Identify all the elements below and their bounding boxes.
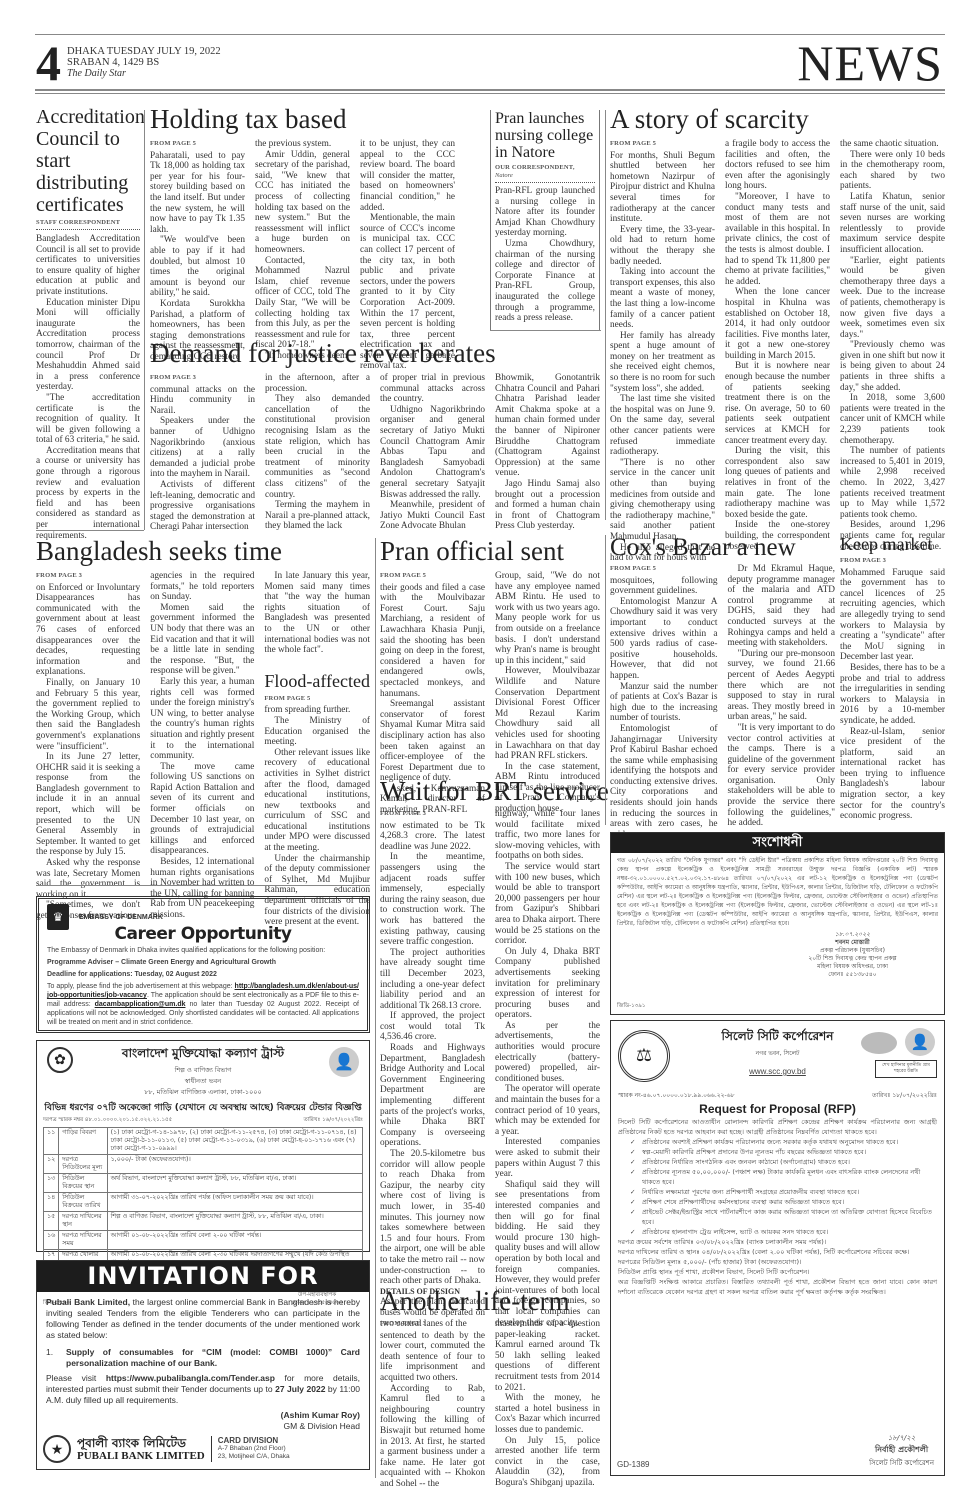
paragraph: With the money, he started a hotel busin… (495, 1393, 600, 1435)
paragraph: Mohammed Faruque said the government has… (840, 568, 945, 663)
phone: ফোনঃ ৫৫১৩৮৫৪০ (761, 971, 944, 979)
paragraph: the previous system. (255, 139, 350, 150)
ad-code: GD-1389 (617, 1460, 649, 1469)
paragraph: communal attacks on the Hindu community … (150, 385, 255, 417)
cell: দরপত্র দাখিলের সময় (59, 1231, 107, 1250)
from-page: FROM PAGE 5 (150, 139, 245, 150)
headline: Bangladesh seeks time (36, 538, 370, 565)
paragraph: In 2018, some 3,600 patients were treate… (840, 393, 945, 446)
headline: A story of scarcity (610, 106, 945, 133)
paragraph: But it is nowhere near enough because th… (725, 361, 830, 446)
paragraph: in the afternoon, after a procession. (265, 373, 370, 394)
column-rule (605, 535, 606, 825)
article-accreditation: Accreditation Council to start distribut… (36, 106, 140, 541)
paragraph: Momen said the government informed the U… (150, 603, 254, 677)
ad-embassy-denmark: ♛ EMBASSY OF DENMARK Career Opportunity … (36, 896, 370, 1033)
paragraph: sentenced to death by the lower court, c… (380, 1331, 485, 1384)
paragraph: masterminds of a question paper-leaking … (495, 1319, 600, 1393)
mujib-100-logo-icon (861, 1032, 897, 1054)
article-brt: Wait for BRT service FROM PAGE 3 now est… (380, 778, 600, 1329)
criteria-item: প্রতিষ্ঠানের ন্যূনতম ৫০,০০,০০০/- (পঞ্চাশ… (618, 1167, 937, 1187)
paragraph: Jago Hindu Samaj also brought out a proc… (495, 479, 600, 532)
tender-link[interactable]: https://www.pubalibangla.com/Tender.asp (106, 1373, 275, 1383)
paragraph: mosquitoes, following government guideli… (610, 576, 718, 597)
item-text: Supply of consumables for “CIM (model: C… (66, 1347, 360, 1369)
paragraph: If approved, the project cost would tota… (380, 1011, 485, 1043)
column: FROM PAGE 3 communal attacks on the Hind… (150, 373, 255, 533)
ad-sub2: স্বাধীনতা ভবন (43, 1076, 363, 1087)
cell: অর্থ বিভাগ, বাংলাদেশ মুক্তিযোদ্ধা কল্যাণ… (107, 1174, 362, 1193)
article-pran-nursing: Pran launches nursing college in Natore … (490, 110, 600, 330)
section-title: NEWS (797, 40, 943, 86)
from-page: FROM PAGE 3 (840, 556, 945, 567)
cell: আগামী ৩১-০৭-২০২২খ্রিঃ তারিখ পর্যন্ত (অফি… (107, 1193, 362, 1212)
memo-date: তারিখঃ ১৬/০৭/২০২২খ্রিঃ (303, 1117, 363, 1125)
cell: ১৪ (44, 1193, 59, 1212)
column-rule (605, 110, 606, 520)
logo-english: PUBALI BANK LIMITED (77, 1450, 205, 1462)
ad-apply-text: To apply, please find the job advertisem… (47, 982, 359, 1027)
detail-line: দরপত্র ক্রয়ের সর্বশেষ তারিখঃ ০৩/০৮/২০২২… (618, 1237, 937, 1247)
paragraph: According to Rab, Kamrul fled to a neigh… (380, 1384, 485, 1490)
article-body: Bangladesh Accreditation Council is all … (36, 234, 140, 541)
paragraph: Besides, there has to be a probe and tri… (840, 663, 945, 727)
website-link[interactable]: www.scc.gov.bd (749, 1067, 806, 1076)
column: FROM PAGE 3 on Enforced or Involuntary D… (36, 571, 140, 928)
ad-pubali-tender: INVITATION FOR TENDER Pubali Bank Limite… (36, 1260, 370, 1470)
headline: Cox's Bazar a new (610, 535, 835, 560)
criteria-list: প্রতিষ্ঠানের অবশ্যই প্রশিক্ষণ কার্যক্রম … (618, 1137, 937, 1237)
paragraph: "During our pre-monsoon survey, we found… (728, 649, 836, 723)
paragraph: For months, Shuli Begum shuttled between… (610, 151, 715, 225)
paragraph: The 20.5-kilometre bus corridor will all… (380, 1149, 485, 1287)
paragraph: Entomologist of Jahangirnagar University… (610, 724, 718, 841)
paragraph: Early this year, a human rights cell was… (150, 677, 254, 762)
criteria-item: প্রতিষ্ঠানের নির্ধারিত সাংগঠনিক এবং জনবল… (618, 1157, 937, 1167)
from-page: FROM PAGE 3 (36, 571, 140, 582)
paragraph: Bangladesh Accreditation Council is all … (36, 234, 140, 298)
paper-name: The Daily Star (67, 68, 221, 79)
cell: ১২ (44, 1155, 59, 1174)
paragraph: "There is no other service in the cancer… (610, 458, 715, 543)
paragraph: Udhigno Nagorikbrindo organiser and gene… (380, 405, 485, 500)
memo-number: দরপত্র স্মারক নম্বর ৪৮.০১.০০০০.২০১.১৫.০২… (43, 1117, 172, 1125)
signatory-title-2: ২০টি শিশু দিবাযত্ন কেন্দ্র স্থাপন প্রকল্… (761, 955, 944, 963)
paragraph: Pran-RFL group launched a nursing colleg… (495, 186, 595, 239)
cell: সিডিউল বিক্রয়ের তারিখ (59, 1193, 107, 1212)
paragraph: There were only 10 beds in the chemother… (840, 150, 945, 192)
portrait-icon: 👤 (329, 1047, 359, 1077)
from-page: FROM PAGE 5 (610, 564, 718, 575)
paragraph: In the meantime, passengers using the ad… (380, 852, 485, 947)
paragraph: Paharatali, used to pay Tk 18,000 as hol… (150, 151, 245, 236)
headline: Keep market (840, 535, 945, 553)
paragraph: The Ministry of Education organised the … (264, 716, 370, 748)
criteria-item: প্রতিষ্ঠানের অবশ্যই প্রশিক্ষণ কার্যক্রম … (618, 1137, 937, 1147)
column: agencies in the required formats," he to… (150, 571, 254, 928)
table-row: ১৪সিডিউল বিক্রয়ের তারিখআগামী ৩১-০৭-২০২২… (44, 1193, 363, 1212)
column: In late January this year, Momen said ma… (264, 571, 370, 928)
table-row: ১৫দরপত্র দাখিলের স্থানশিল্প ও বাণিজ্য বি… (44, 1212, 363, 1231)
article-keep-market: Keep market FROM PAGE 3 Mohammed Faruque… (840, 535, 945, 822)
ad-banner: INVITATION FOR TENDER (37, 1261, 369, 1292)
dateline: Natore (495, 172, 595, 179)
memo-date: তারিখঃ ১৮/০৭/২০২২খ্রিঃ (872, 1090, 937, 1101)
cell: দরপত্র দাখিলের স্থান (59, 1212, 107, 1231)
dotted-divider (36, 229, 140, 230)
cell: দরপত্র সিডিউলের মূল্য (59, 1155, 107, 1174)
paragraph: In its June 27 letter, OHCHR said it is … (36, 752, 140, 858)
signer: (Ashim Kumar Roy) (46, 1410, 360, 1421)
criteria-item: প্রতিষ্ঠানের হালনাগাদ ট্রেড লাইসেন্স, ভ্… (618, 1227, 937, 1237)
paragraph: Bhowmik, Gonotantrik Chhatra Council and… (495, 373, 600, 479)
paragraph: of proper trial in previous communal att… (380, 373, 485, 405)
paragraph: from spreading further. (264, 705, 370, 716)
signatory: নির্বাহী প্রকৌশলী (869, 1444, 934, 1457)
paragraph: now estimated to be Tk 4,268.3 crore. Th… (380, 821, 485, 853)
paragraph: During the visit, this correspondent als… (725, 446, 830, 520)
cell: ১১ (44, 1128, 59, 1155)
rfp-intro: সিলেট সিটি কর্পোরেশনের আওতাধীন রোলানন্দ … (618, 1117, 937, 1137)
detail-line: সিডিউল প্রাপ্তি স্থানঃ পূর্ত শাখা, প্রকৌ… (618, 1267, 937, 1277)
paragraph: As per the advertisements, the authoriti… (495, 1021, 600, 1085)
column: masterminds of a question paper-leaking … (495, 1319, 600, 1490)
column: a fragile body to access the facilities … (725, 139, 830, 564)
page-number: 4 (36, 41, 61, 85)
criteria-item: প্রশিক্ষণ শেষে প্রশিক্ষণার্থীদের কর্মসংস… (618, 1197, 937, 1207)
paragraph: The number of patients increased to 5,40… (840, 446, 945, 520)
column-rule (36, 530, 144, 531)
article-coxs-bazar: Cox's Bazar a new FROM PAGE 5 mosquitoes… (610, 535, 835, 840)
signatory: শবনম মোস্তারী (761, 939, 944, 947)
text: Please visit (46, 1373, 106, 1383)
ad-songshodhoni: সংশোধনী গত ০৮/০৭/২০২২ তারিখ "দৈনিক যুগান… (610, 832, 945, 1015)
paragraph: Meanwhile, president of Jatiyo Mukti Cou… (380, 500, 485, 532)
paragraph: Dr Md Ekramul Haque, deputy programme ma… (728, 564, 836, 649)
ad-position: Programme Adviser – Climate Green Energy… (47, 958, 359, 967)
tender-table: ১১গাড়ির বিবরণ(১) ঢাকা মেট্রো-গ-১৪-১৯৭৮,… (43, 1127, 363, 1280)
column: highway, while four lanes would facilita… (495, 809, 600, 1329)
column: Bhowmik, Gonotantrik Chhatra Council and… (495, 373, 600, 533)
paragraph: the same chaotic situation. (840, 139, 945, 150)
deadline: 27 July 2022 (275, 1384, 325, 1394)
headline-flood: Flood-affected (264, 672, 370, 690)
paragraph: Finally, on January 10 and February 5 th… (36, 678, 140, 752)
dotted-divider (495, 182, 595, 183)
column: FROM PAGE 5 mosquitoes, following govern… (610, 564, 718, 840)
paragraph: Uzma Chowdhury, chairman of the nursing … (495, 239, 595, 324)
article-bangladesh-seeks-time: Bangladesh seeks time FROM PAGE 3 on Enf… (36, 538, 370, 928)
paragraph: Sreemangal assistant conservator of fore… (380, 699, 485, 784)
cell: গাড়ির বিবরণ (59, 1128, 107, 1155)
paragraph: a fragile body to access the facilities … (725, 139, 830, 192)
paragraph: Interested companies were asked to submi… (495, 1137, 600, 1179)
paragraph: "Earlier, eight patients would be given … (840, 256, 945, 341)
tender-details: দরপত্র ক্রয়ের সর্বশেষ তারিখঃ ০৩/০৮/২০২২… (618, 1237, 937, 1297)
address-1: A-7 Bhaban (2nd Floor) (218, 1445, 290, 1453)
trust-logo-icon: ✿ (47, 1047, 73, 1073)
ad-title: সংশোধনী (611, 833, 944, 853)
column: in the afternoon, after a procession. Th… (265, 373, 370, 533)
paragraph: Accreditation means that a course or uni… (36, 446, 140, 541)
tender-item: 1. Supply of consumables for “CIM (model… (46, 1347, 360, 1369)
signature-date: ১৮.০৭.২০২২ (761, 931, 944, 939)
article-pran-official: Pran official sent FROM PAGE 5 their goo… (380, 538, 600, 816)
paragraph: it to be unjust, they can appeal to the … (360, 139, 455, 213)
ad-visit: Please visit https://www.pubalibangla.co… (46, 1373, 360, 1406)
from-page: FROM PAGE 3 (380, 809, 485, 820)
paragraph: Education minister Dipu Moni will offici… (36, 298, 140, 393)
signatory-title-3: মহিলা বিষয়ক অধিদপ্তর, ঢাকা (761, 963, 944, 971)
criteria-item: স্বল্প-মেয়াদী কারিগরি প্রশিক্ষণ প্রদানে… (618, 1147, 937, 1157)
logo-bengali: পূবালী ব্যাংক লিমিটেড (77, 1436, 205, 1450)
table-row: ১১গাড়ির বিবরণ(১) ঢাকা মেট্রো-গ-১৪-১৯৭৮,… (44, 1128, 363, 1155)
paragraph: agencies in the required formats," he to… (150, 571, 254, 603)
paragraph: "The accreditation certificate is the re… (36, 393, 140, 446)
paragraph: In late January this year, Momen said ma… (264, 571, 370, 656)
paragraph: "Moreover, I have to conduct many tests … (725, 192, 830, 287)
paragraph: "We would've been able to pay if it had … (150, 235, 245, 299)
slogan-badge: শেখ হাসিনার মূলনীতি গ্রাম শহরের উন্নতি (875, 1060, 937, 1078)
cell: সিডিউল বিক্রয়ের স্থান (59, 1174, 107, 1193)
paragraph: "Previously chemo was given in one shift… (840, 340, 945, 393)
paragraph: on Enforced or Involuntary Disappearance… (36, 583, 140, 678)
column-rule (144, 110, 145, 530)
article-scarcity: A story of scarcity FROM PAGE 5 For mont… (610, 106, 945, 564)
ad-muktijoddha-tender: ✿ 👤 বাংলাদেশ মুক্তিযোদ্ধা কল্যাণ ট্রাস্ট… (36, 1040, 370, 1252)
paragraph: Contacted, Mohammed Nazrul Islam, chief … (255, 256, 350, 351)
paragraph: Every time, the 33-year-old had to retur… (610, 225, 715, 267)
paragraph: On July 4, Dhaka BRT Company published a… (495, 947, 600, 1021)
address-2: 23, Motijheel C/A, Dhaka (218, 1453, 290, 1461)
cell: ১৩ (44, 1174, 59, 1193)
paragraph: The last time she visited the hospital w… (610, 394, 715, 458)
paragraph: The project authorities have already sou… (380, 948, 485, 1012)
cell: শিল্প ও বাণিজ্য বিভাগ, বাংলাদেশ মুক্তিযো… (107, 1212, 362, 1231)
paragraph: Speakers under the banner of Udhigno Nag… (150, 416, 255, 480)
ad-body: গত ০৮/০৭/২০২২ তারিখ "দৈনিক যুগান্তর" এবং… (611, 853, 944, 931)
paragraph: They also demanded cancellation of the c… (265, 394, 370, 500)
paragraph: Terming the mayhem in Narail a pre-plann… (265, 500, 370, 532)
email-link[interactable]: dacambapplication@um.dk (95, 1001, 186, 1008)
paragraph: The service would start with 100 new bus… (495, 862, 600, 947)
headline: Holding tax based (150, 106, 455, 133)
paragraph: Reaz-ul-Islam, senior vice president of … (840, 727, 945, 822)
memo-number: স্মারক নং-৪৬.০৭.০০০০.০১৮.৯৯.০৬৬.২২-৬৮ (618, 1090, 735, 1101)
ad-sub3: ৮৮, মতিঝিল বাণিজ্যিক এলাকা, ঢাকা-১০০০ (43, 1087, 363, 1098)
paragraph: Amir Uddin, general secretary of the par… (255, 150, 350, 256)
paragraph: Her family has already spent a huge amou… (610, 331, 715, 395)
article-holding-tax: Holding tax based FROM PAGE 5 Paharatali… (150, 106, 455, 372)
headline: Another life-term (380, 1288, 600, 1315)
byline: OUR CORRESPONDENT, (495, 164, 595, 171)
ad-sylhet-rfp: ⚖ সিলেট সিটি কর্পোরেশন নগর ভবন, সিলেট ww… (610, 1020, 945, 1476)
table-row: ১২দরপত্র সিডিউলের মূল্য১,০০০/- টাকা (অফে… (44, 1155, 363, 1174)
paragraph: However, Moulvibazar Wildlife and Nature… (495, 666, 600, 761)
from-page: FROM PAGE 3 (150, 373, 255, 384)
article-body: Pran-RFL group launched a nursing colleg… (495, 186, 595, 324)
masthead-bottom-rule-2 (35, 93, 945, 94)
byline: STAFF CORRESPONDENT (36, 219, 140, 226)
from-page: FROM PAGE 5 (264, 694, 370, 705)
signatory-org: সিলেট সিটি কর্পোরেশন (869, 1457, 934, 1469)
table-row: ১৩সিডিউল বিক্রয়ের স্থানঅর্থ বিভাগ, বাংল… (44, 1174, 363, 1193)
dateline: DHAKA TUESDAY JULY 19, 2022 SRABAN 4, 14… (67, 46, 221, 79)
bank-name: Pubali Bank Limited, (46, 1297, 130, 1307)
column: FROM PAGE 3 sentenced to death by the lo… (380, 1319, 485, 1490)
column: FROM PAGE 3 now estimated to be Tk 4,268… (380, 809, 485, 1329)
ad-deadline: Deadline for applications: Tuesday, 02 A… (47, 970, 359, 979)
column-rule (375, 538, 376, 1478)
paragraph: The operator will operate and maintain t… (495, 1084, 600, 1137)
headline: Pran launches nursing college in Natore (495, 110, 595, 161)
portrait-icon: 👤 (905, 1028, 935, 1056)
ad-code: জিডি-১৩৯১ (617, 1003, 645, 1011)
ad-headline: বিভিন্ন ধরণের ০৭টি অকেজো গাড়ি (যেখানে য… (43, 1100, 363, 1115)
column: Dr Md Ekramul Haque, deputy programme ma… (728, 564, 836, 840)
signature-date: ১৮/৭/২২ (869, 1432, 934, 1444)
from-page: FROM PAGE 3 (380, 1319, 485, 1330)
signer-title: GM & Division Head (46, 1421, 360, 1432)
table-row: ১৬দরপত্র দাখিলের সময়আগামী ০১-০৮-২০২২খ্র… (44, 1231, 363, 1250)
ad-intro: Pubali Bank Limited, the largest online … (46, 1297, 360, 1341)
headline: Accreditation Council to start distribut… (36, 106, 140, 216)
paragraph: Asked why the response was late, Secreta… (36, 858, 140, 900)
ad-title: Career Opportunity (47, 924, 359, 944)
ad-sub1: শিল্প ও বাণিজ্য বিভাগ (43, 1065, 363, 1076)
signatory-title-1: প্রকল্প পরিচালক (যুগ্মসচিব) (761, 947, 944, 955)
rfp-heading: Request for Proposal (RFP) (618, 1102, 937, 1116)
english-date: DHAKA TUESDAY JULY 19, 2022 (67, 46, 221, 57)
paragraph: Roads and Highways Department, Banglades… (380, 1043, 485, 1149)
scc-seal-icon: ⚖ (618, 1030, 670, 1082)
pubali-logo-icon: ★ (43, 1435, 71, 1463)
cell: আগামী ০১-০৮-২০২২খ্রিঃ তারিখ বেলা ২-০০ ঘট… (107, 1231, 362, 1250)
paragraph: The move came following US sanctions on … (150, 762, 254, 857)
from-page: FROM PAGE 5 (610, 139, 715, 150)
cell: ১৬ (44, 1231, 59, 1250)
article-body: FROM PAGE 3 Mohammed Faruque said the go… (840, 556, 945, 822)
paragraph: Other relevant issues like recovery of e… (264, 748, 370, 854)
from-page: FROM PAGE 5 (380, 571, 485, 582)
column: FROM PAGE 5 For months, Shuli Begum shut… (610, 139, 715, 564)
headline: Pran official sent (380, 538, 600, 565)
detail-line: দরপত্রের সিডিউল মূল্যঃ ৫,০০০/- (পাঁচ হাজ… (618, 1257, 937, 1267)
ad-org: EMBASSY OF DENMARK (79, 914, 163, 921)
text: To apply, please find the job advertisem… (47, 983, 235, 990)
paragraph: Group, said, "We do not have any employe… (495, 571, 600, 666)
column: the same chaotic situation. There were o… (840, 139, 945, 564)
paragraph: Taking into account the transport expens… (610, 267, 715, 331)
section-rule (36, 885, 370, 886)
cell: ১,০০০/- টাকা (অফেরতযোগ্য)। (107, 1155, 362, 1174)
cell: (১) ঢাকা মেট্রো-গ-১৪-১৯৭৮, (২) ঢাকা মেট্… (107, 1128, 362, 1155)
ad-title: বাংলাদেশ মুক্তিযোদ্ধা কল্যাণ ট্রাস্ট (43, 1045, 363, 1065)
paragraph: Manzur said the number of patients at Co… (610, 682, 718, 724)
paragraph: Latifa Khatun, senior staff nurse of the… (840, 192, 945, 256)
detail-line: দরপত্র দাখিলের তারিখ ও স্থানঃ ০৪/০৮/২০২২… (618, 1247, 937, 1257)
box-bottom (490, 330, 601, 331)
paragraph: On July 15, police arrested another life… (495, 1436, 600, 1489)
headline: Wait for BRT service (380, 778, 600, 805)
item-number: 1. (46, 1347, 66, 1369)
masthead-bottom-rule (35, 89, 945, 91)
denmark-crest-icon: ♛ (47, 904, 69, 930)
paragraph: When the lone cancer hospital in Khulna … (725, 287, 830, 361)
paragraph: Entomologist Manzur A Chowdhury said it … (610, 597, 718, 682)
paragraph: "It is very important to do vector contr… (728, 723, 836, 829)
bengali-date: SRABAN 4, 1429 BS (67, 57, 221, 68)
column: of proper trial in previous communal att… (380, 373, 485, 533)
paragraph: their goods and filed a case with the Mo… (380, 583, 485, 700)
criteria-item: প্রাইভেট সেক্টর/ইন্ডাস্ট্রির সাথে পার্টন… (618, 1207, 937, 1227)
division: CARD DIVISION (218, 1437, 290, 1445)
ad-intro: The Embassy of Denmark in Dhaka invites … (47, 946, 359, 955)
criteria-item: নির্ধারিত লক্ষ্যমাত্রা পূরণের জন্য প্রশি… (618, 1187, 937, 1197)
headline: Demand for justice reverberates (150, 340, 600, 367)
cell: ১৫ (44, 1212, 59, 1231)
paragraph: Activists of different left-leaning, dem… (150, 480, 255, 533)
paragraph: highway, while four lanes would facilita… (495, 809, 600, 862)
detail-line: অত্র বিজ্ঞপ্তিটি সংক্ষিপ্ত আকারে প্রচারি… (618, 1277, 937, 1297)
article-life-term: Another life-term FROM PAGE 3 sentenced … (380, 1288, 600, 1490)
article-demand-justice: Demand for justice reverberates FROM PAG… (150, 340, 600, 533)
